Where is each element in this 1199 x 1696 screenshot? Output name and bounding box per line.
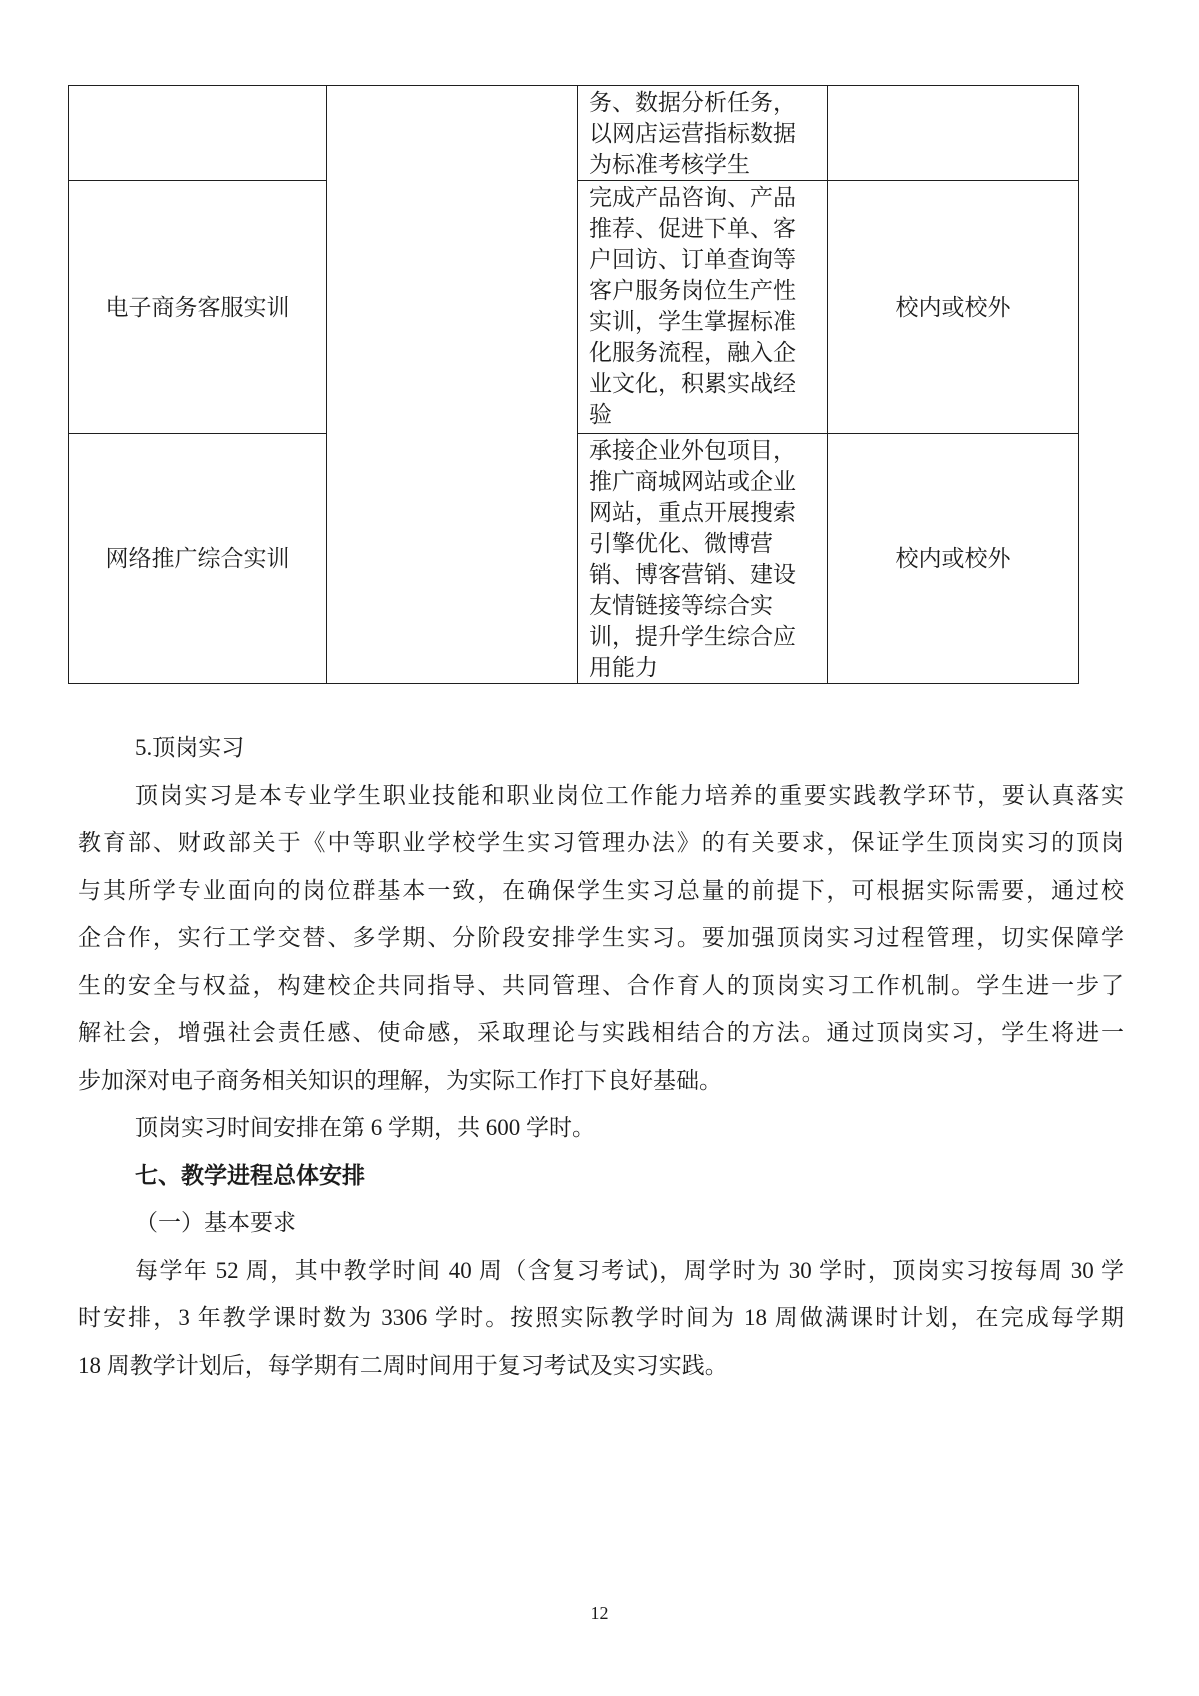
paragraph-internship-lastline: 步加深对电子商务相关知识的理解，为实际工作打下良好基础。 — [78, 1057, 1124, 1105]
paragraph-teaching-plan-lastline: 18 周教学计划后，每学期有二周时间用于复习考试及实习实践。 — [78, 1342, 1124, 1390]
training-place-cell: 校内或校外 — [828, 434, 1079, 684]
document-page: 务、数据分析任务， 以网店运营指标数据 为标准考核学生 电子商务客服实训 完成产… — [0, 0, 1199, 1696]
training-desc-cell: 务、数据分析任务， 以网店运营指标数据 为标准考核学生 — [578, 86, 828, 181]
training-table-wrap: 务、数据分析任务， 以网店运营指标数据 为标准考核学生 电子商务客服实训 完成产… — [68, 85, 1079, 684]
paragraph-internship-justified: 顶岗实习是本专业学生职业技能和职业岗位工作能力培养的重要实践教学环节，要认真落实… — [78, 772, 1124, 1057]
training-name-cell: 电子商务客服实训 — [69, 181, 327, 434]
page-number: 12 — [0, 1601, 1199, 1625]
item5-title: 5.顶岗实习 — [78, 724, 1124, 772]
training-place-cell: 校内或校外 — [828, 181, 1079, 434]
training-table: 务、数据分析任务， 以网店运营指标数据 为标准考核学生 电子商务客服实训 完成产… — [68, 85, 1079, 684]
training-desc-cell: 承接企业外包项目， 推广商城网站或企业 网站，重点开展搜索 引擎优化、微博营 销… — [578, 434, 828, 684]
paragraph-teaching-plan-justified: 每学年 52 周，其中教学时间 40 周（含复习考试)，周学时为 30 学时，顶… — [78, 1247, 1124, 1342]
table-row: 务、数据分析任务， 以网店运营指标数据 为标准考核学生 — [69, 86, 1079, 181]
training-desc-cell: 完成产品咨询、产品 推荐、促进下单、客 户回访、订单查询等 客户服务岗位生产性 … — [578, 181, 828, 434]
section-heading-seven: 七、教学进程总体安排 — [78, 1152, 1124, 1200]
training-name-cell: 网络推广综合实训 — [69, 434, 327, 684]
training-name-cell — [69, 86, 327, 181]
paragraph-internship-schedule: 顶岗实习时间安排在第 6 学期，共 600 学时。 — [78, 1104, 1124, 1152]
sub-heading-basic-requirements: （一）基本要求 — [78, 1199, 1124, 1247]
body-text: 5.顶岗实习 顶岗实习是本专业学生职业技能和职业岗位工作能力培养的重要实践教学环… — [78, 724, 1124, 1389]
training-place-cell — [828, 86, 1079, 181]
merged-empty-cell — [327, 86, 578, 684]
